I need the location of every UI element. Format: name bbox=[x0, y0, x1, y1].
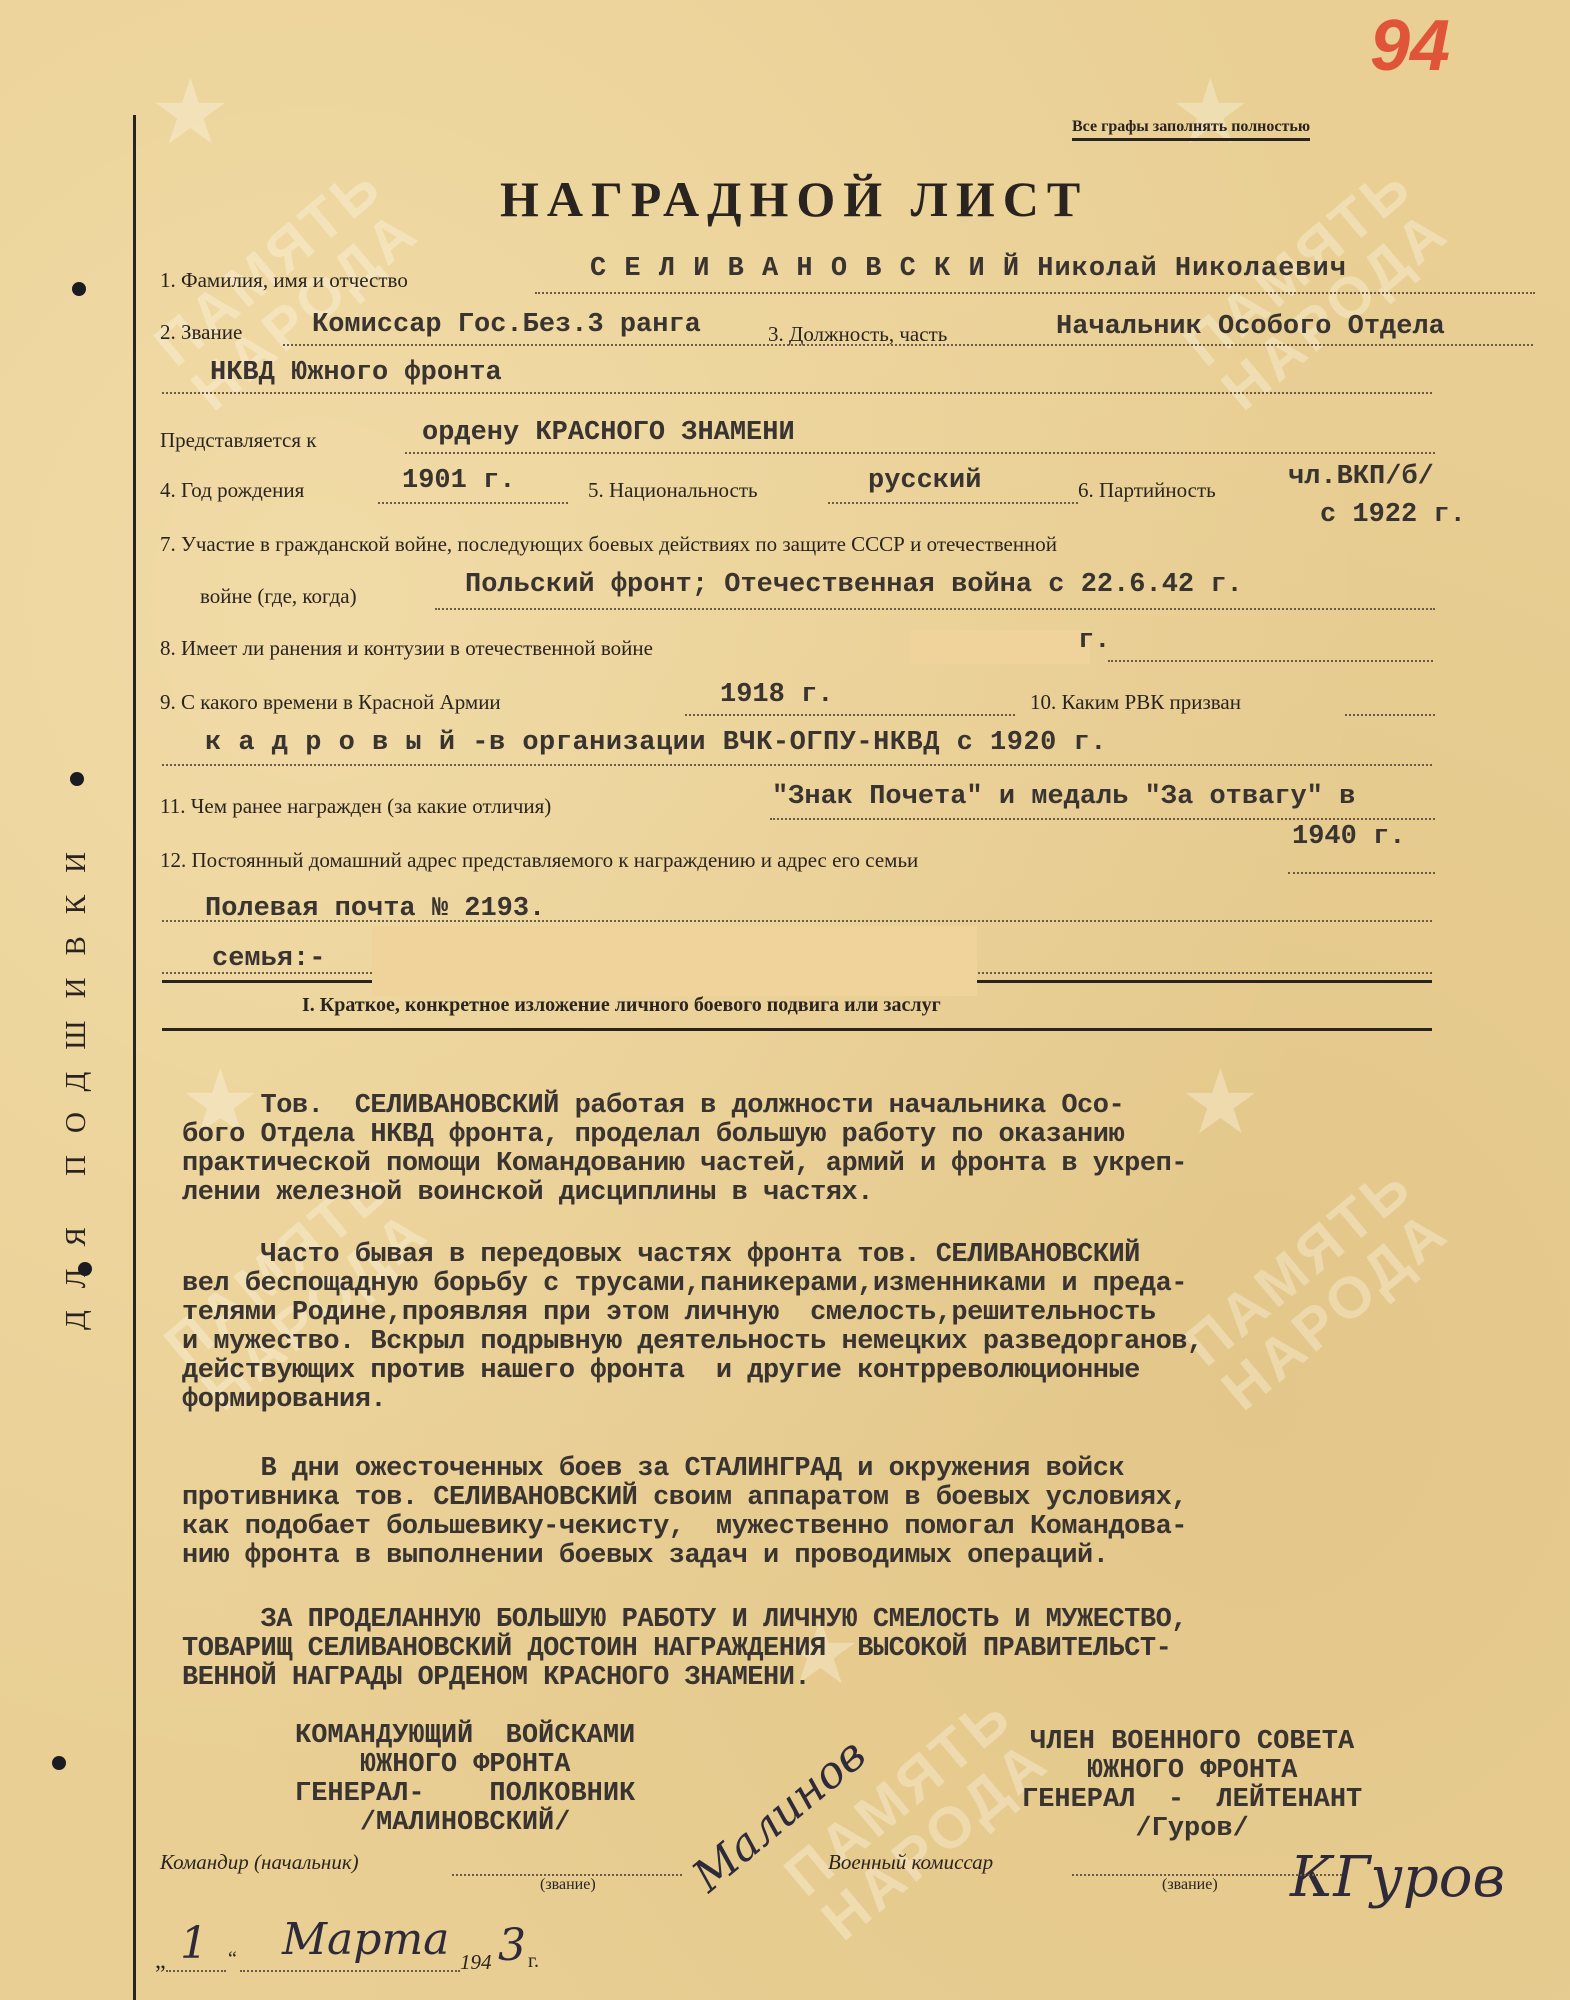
star-watermark-icon: ★ bbox=[150, 60, 231, 165]
date-day-line bbox=[166, 1970, 226, 1972]
field-previous-awards-value-cont: 1940 г. bbox=[1292, 822, 1405, 852]
field-position-line bbox=[162, 392, 1432, 394]
date-month: Марта bbox=[282, 1914, 449, 1965]
award-line bbox=[405, 452, 1435, 454]
award-value: ордену КРАСНОГО ЗНАМЕНИ bbox=[422, 418, 795, 448]
commissar-label: Военный комиссар bbox=[828, 1850, 993, 1875]
punch-hole bbox=[52, 1756, 66, 1770]
watermark: ПАМЯТЬНАРОДА bbox=[775, 1685, 1060, 1950]
redacted-area bbox=[910, 630, 1090, 664]
field-rvk-value: к а д р о в ы й -в организации ВЧК-ОГПУ-… bbox=[205, 728, 1107, 758]
field-position-value: Начальник Особого Отдела bbox=[1056, 312, 1445, 342]
watermark: ПАМЯТЬНАРОДА bbox=[1175, 155, 1460, 420]
field-wounds-label: 8. Имеет ли ранения и контузии в отечест… bbox=[160, 636, 653, 661]
field-war-participation-line bbox=[435, 608, 1435, 610]
field-nationality-label: 5. Национальность bbox=[588, 478, 758, 503]
commander-signature-block: КОМАНДУЮЩИЙ ВОЙСКАМИ ЮЖНОГО ФРОНТА ГЕНЕР… bbox=[295, 1722, 635, 1838]
field-party-value-cont: с 1922 г. bbox=[1320, 500, 1466, 530]
date-open-quote: „ bbox=[155, 1948, 166, 1975]
punch-hole bbox=[78, 1262, 92, 1276]
field-name-value: С Е Л И В А Н О В С К И Й Николай Никола… bbox=[590, 254, 1347, 284]
field-nationality-value: русский bbox=[868, 466, 981, 496]
award-label: Представляется к bbox=[160, 428, 316, 453]
watermark: ПАМЯТЬНАРОДА bbox=[1175, 1155, 1460, 1420]
field-army-since-line bbox=[685, 714, 1015, 716]
field-party-label: 6. Партийность bbox=[1078, 478, 1216, 503]
field-address-line bbox=[1288, 872, 1435, 874]
field-army-since-label: 9. С какого времени в Красной Армии bbox=[160, 690, 501, 715]
document-title: НАГРАДНОЙ ЛИСТ bbox=[500, 170, 1088, 228]
field-birth-year-line bbox=[378, 502, 568, 504]
field-name-line bbox=[535, 292, 1535, 294]
field-rank-label: 2. Звание bbox=[160, 320, 242, 345]
fill-instruction: Все графы заполнять полностью bbox=[1072, 118, 1310, 141]
field-position-value-cont: НКВД Южного фронта bbox=[210, 358, 502, 388]
binding-label: ДЛЯ ПОДШИВКИ bbox=[60, 830, 93, 1330]
field-rvk-label: 10. Каким РВК призван bbox=[1030, 690, 1241, 715]
date-year-prefix: 194 bbox=[460, 1950, 492, 1975]
star-watermark-icon: ★ bbox=[1180, 1050, 1261, 1155]
page-number: 94 bbox=[1370, 5, 1450, 87]
field-wounds-line bbox=[1108, 660, 1433, 662]
narrative-paragraph: В дни ожесточенных боев за СТАЛИНГРАД и … bbox=[182, 1455, 1187, 1571]
field-address-label: 12. Постоянный домашний адрес представля… bbox=[160, 848, 918, 873]
date-day: 1 bbox=[180, 1918, 208, 1969]
field-nationality-line bbox=[828, 502, 1078, 504]
field-previous-awards-value: "Знак Почета" и медаль "За отвагу" в bbox=[772, 782, 1355, 812]
commissar-handwritten-signature: КГуров bbox=[1290, 1845, 1505, 1910]
field-previous-awards-line bbox=[770, 818, 1435, 820]
field-address-value-line bbox=[162, 920, 1432, 922]
redacted-area bbox=[372, 926, 977, 996]
field-birth-year-value: 1901 г. bbox=[402, 466, 515, 496]
field-wounds-value: г. bbox=[1078, 626, 1110, 656]
date-year-unit: г. bbox=[528, 1950, 539, 1973]
narrative-paragraph: Тов. СЕЛИВАНОВСКИЙ работая в должности н… bbox=[182, 1092, 1187, 1208]
date-month-line bbox=[240, 1970, 460, 1972]
field-name-label: 1. Фамилия, имя и отчество bbox=[160, 268, 408, 293]
binding-line bbox=[133, 115, 136, 2000]
council-member-signature-block: ЧЛЕН ВОЕННОГО СОВЕТА ЮЖНОГО ФРОНТА ГЕНЕР… bbox=[1022, 1728, 1362, 1844]
field-rank-value: Комиссар Гос.Без.3 ранга bbox=[312, 310, 701, 340]
commander-label: Командир (начальник) bbox=[160, 1850, 359, 1875]
field-party-value: чл.ВКП/б/ bbox=[1288, 462, 1434, 492]
field-war-participation-value: Польский фронт; Отечественная война с 22… bbox=[465, 570, 1243, 600]
field-previous-awards-label: 11. Чем ранее награжден (за какие отличи… bbox=[160, 794, 551, 819]
star-watermark-icon: ★ bbox=[1170, 60, 1251, 165]
section-heading: I. Краткое, конкретное изложение личного… bbox=[302, 994, 941, 1017]
field-family-value: семья:- bbox=[212, 944, 325, 974]
punch-hole bbox=[70, 772, 84, 786]
narrative-paragraph: ЗА ПРОДЕЛАННУЮ БОЛЬШУЮ РАБОТУ И ЛИЧНУЮ С… bbox=[182, 1606, 1187, 1693]
field-war-participation-label-cont: войне (где, когда) bbox=[200, 584, 357, 609]
field-rvk-line bbox=[1345, 714, 1435, 716]
section-heading-rule bbox=[162, 1028, 1432, 1031]
date-close-quote: “ bbox=[228, 1948, 237, 1971]
narrative-paragraph: Часто бывая в передовых частях фронта то… bbox=[182, 1241, 1203, 1415]
field-war-participation-label: 7. Участие в гражданской войне, последую… bbox=[160, 532, 1057, 557]
commissar-rank-hint: (звание) bbox=[1162, 1876, 1218, 1894]
field-birth-year-label: 4. Год рождения bbox=[160, 478, 304, 503]
field-position-label: 3. Должность, часть bbox=[768, 322, 947, 347]
field-rvk-value-line bbox=[162, 764, 1432, 766]
commander-rank-hint: (звание) bbox=[540, 1876, 596, 1894]
field-army-since-value: 1918 г. bbox=[720, 680, 833, 710]
punch-hole bbox=[72, 282, 86, 296]
date-year-suffix: 3 bbox=[498, 1920, 526, 1971]
